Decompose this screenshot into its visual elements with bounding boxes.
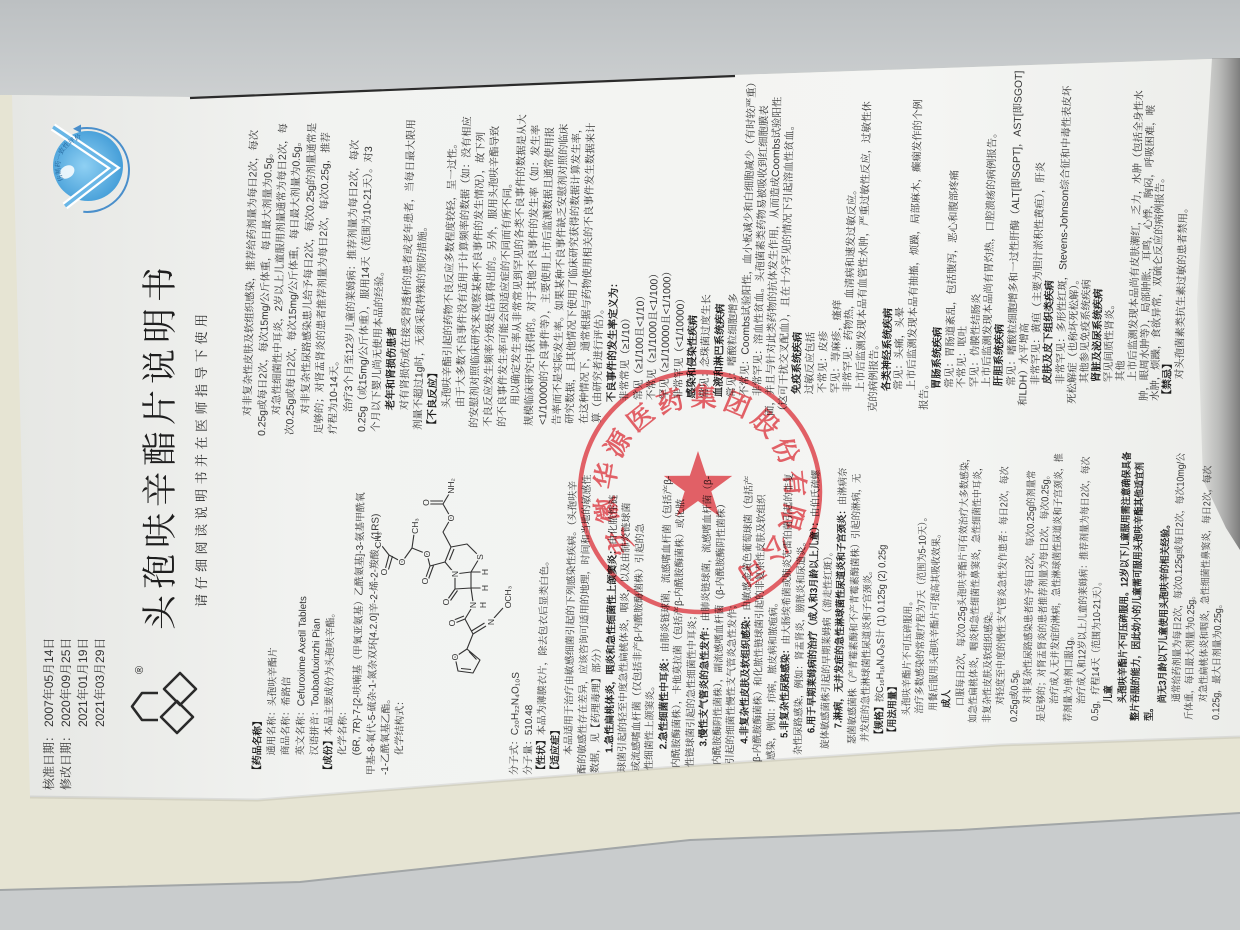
body-text: 克的病例报告。 [868, 339, 881, 412]
bold-text: 老年和肾损伤患者 [386, 327, 399, 410]
text-line: 对头孢菌素类抗生素过敏的患者禁用。 [1174, 202, 1191, 400]
text-line: 其他 [1115, 361, 1128, 403]
text-line: 肝胆系统疾病 [993, 324, 1007, 407]
text-line: 克的病例报告。 [868, 339, 882, 412]
bold-text: 皮肤及皮下组织类疾病 [1043, 280, 1057, 384]
text-line: 疗程为10-14天。 [328, 355, 342, 434]
body-text: 报告。 [919, 379, 931, 410]
body-text: 常见：头痛，头晕 [894, 307, 907, 390]
text-line: 上市后监测发现本品有抽搐，烦躁，局部麻木，癫痫发作的个例 [906, 99, 926, 411]
body-text: 罕见：荨麻疹，瘙痒 [830, 299, 843, 393]
text-line: 报告。 [919, 379, 932, 410]
text-line: 老年和肾损伤患者 [385, 327, 400, 431]
body-text: 和LDH）水平增高 [1018, 323, 1031, 406]
bold-text: 各类神经系统疾病 [881, 308, 894, 391]
section-heading-line: 【不良反应】 [427, 367, 441, 430]
text-line: 不常见：呕吐 [956, 325, 970, 408]
body-text: 个月以下婴儿尚无使用本品的经验。 [371, 266, 386, 432]
arrowhead-icon [73, 125, 81, 134]
consistency-evaluation-emblem-icon: 仿制药一致性评价 [40, 116, 135, 216]
star-icon [664, 451, 732, 516]
company-seal-stamp: 安徽华源医药集团股份有限公司 [570, 362, 830, 622]
bold-text: 肾脏及泌尿系统疾病 [1091, 289, 1104, 383]
bold-text: 【禁忌】 [1162, 359, 1174, 401]
body-text: 不常见：呕吐 [957, 325, 970, 388]
body-text: 其他 [1115, 361, 1127, 382]
body-text: 对头孢菌素类抗生素过敏的患者禁用。 [1175, 202, 1190, 379]
text-line: 个月以下婴儿尚无使用本品的经验。 [371, 266, 387, 432]
bold-text: 肝胆系统疾病 [994, 324, 1007, 387]
body-text: 罕见：伪膜性结肠炎 [969, 294, 982, 388]
text-line: 胃肠系统疾病 [931, 326, 945, 409]
body-text: 上市后监测发现本品有抽搐，烦躁，局部麻木，癫痫发作的个例 [906, 99, 924, 390]
background-bottom [0, 813, 1240, 930]
body-text: 疗程为10-14天。 [328, 355, 341, 434]
body-text: 罕见间质性肾炎。 [1103, 299, 1116, 382]
body-text: 其他参见免疫系统疾病 [1079, 279, 1093, 383]
bold-text: 胃肠系统疾病 [932, 326, 945, 389]
bold-text: 【不良反应】 [427, 367, 440, 430]
